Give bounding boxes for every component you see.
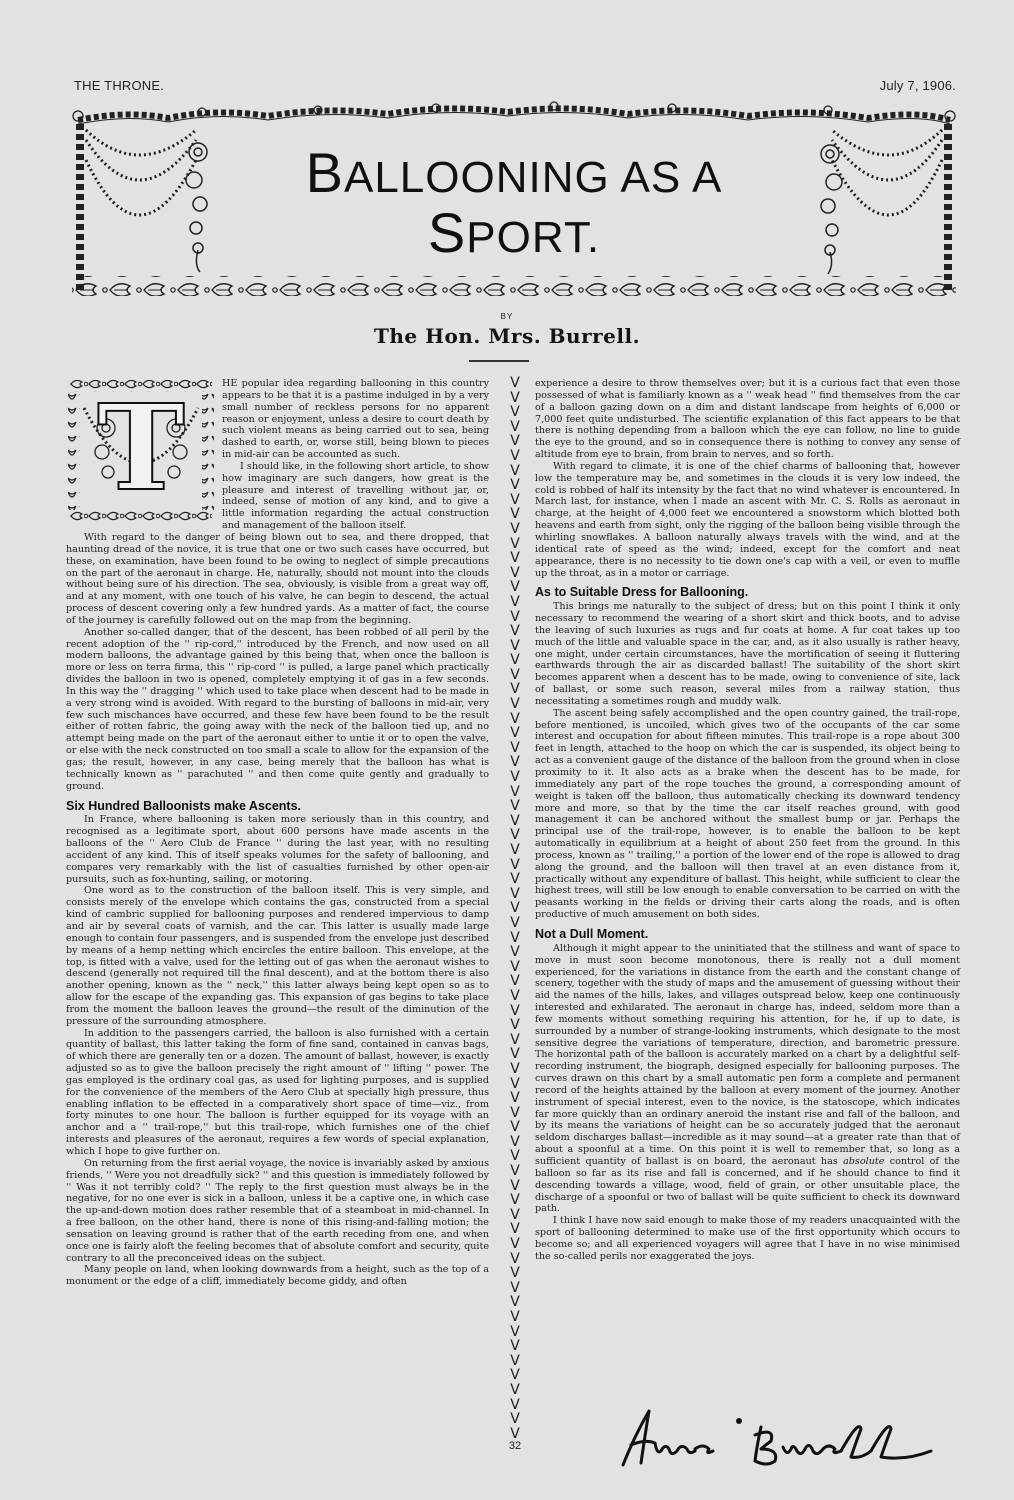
publication-date: July 7, 1906. (880, 78, 956, 93)
drop-cap-letter: T (66, 388, 216, 508)
left-column: T HE popular idea regarding ballooning i… (66, 378, 489, 1288)
title-text: PORT. (466, 213, 600, 262)
column-divider-ornament: V V V V V V V V V V V V V V V V V V V V … (500, 376, 530, 1440)
newspaper-page: THE THRONE. July 7, 1906. (0, 0, 1014, 1500)
section-heading: Not a Dull Moment. (535, 929, 960, 941)
right-column: experience a desire to throw themselves … (535, 378, 960, 1263)
paragraph-text: Although it might appear to the uninitia… (535, 943, 960, 1167)
paragraph: This brings me naturally to the subject … (535, 601, 960, 708)
article-title-line-1: BALLOONING AS A (68, 140, 960, 205)
paragraph: In addition to the passengers carried, t… (66, 1028, 489, 1158)
title-banner: BALLOONING AS A SPORT. (68, 100, 960, 300)
title-capital: B (306, 141, 344, 204)
paragraph: With regard to climate, it is one of the… (535, 461, 960, 579)
title-capital: S (428, 201, 466, 264)
signature-icon (615, 1405, 935, 1475)
article-title-line-2: SPORT. (68, 200, 960, 265)
paragraph: On returning from the first aerial voyag… (66, 1158, 489, 1265)
leaf-chain-icon: V V V V V V V V V V V V V V V V V V V V … (500, 376, 530, 1440)
paragraph: experience a desire to throw themselves … (535, 378, 960, 461)
author-rule (469, 360, 529, 362)
page-number: 32 (500, 1440, 530, 1452)
publication-name: THE THRONE. (74, 78, 164, 93)
paragraph: In France, where ballooning is taken mor… (66, 814, 489, 885)
paragraph: With regard to the danger of being blown… (66, 532, 489, 627)
emphasis-text: absolute (843, 1156, 884, 1167)
paragraph: The ascent being safely accomplished and… (535, 708, 960, 921)
author-signature (615, 1405, 935, 1475)
byline-by: BY (0, 312, 1014, 321)
paragraph: One word as to the construction of the b… (66, 885, 489, 1027)
section-heading: As to Suitable Dress for Ballooning. (535, 587, 960, 599)
section-heading: Six Hundred Balloonists make Ascents. (66, 801, 489, 813)
byline-author: The Hon. Mrs. Burrell. (0, 324, 1014, 348)
paragraph: Although it might appear to the uninitia… (535, 943, 960, 1215)
title-text: ALLOONING AS A (344, 153, 722, 202)
drop-cap: T (66, 378, 216, 524)
paragraph: Another so-called danger, that of the de… (66, 627, 489, 793)
paragraph: Many people on land, when looking downwa… (66, 1264, 489, 1288)
paragraph: I think I have now said enough to make t… (535, 1215, 960, 1262)
